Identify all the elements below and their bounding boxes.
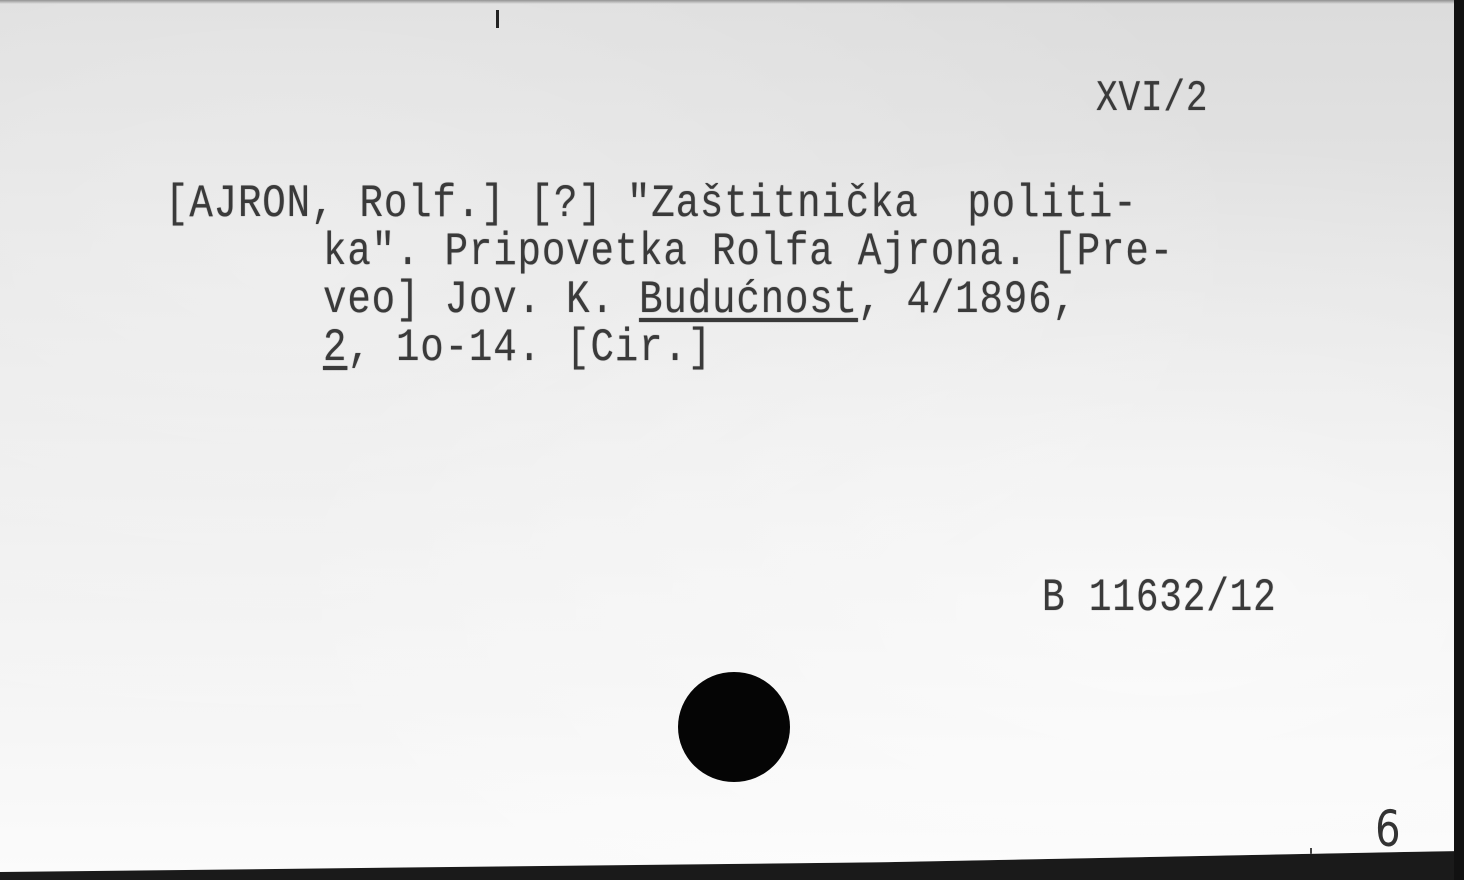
entry-text: ka". Pripovetka Rolfa Ajrona. [Pre-: [323, 226, 1174, 278]
entry-text: , 1o-14. [Cir.]: [347, 322, 712, 374]
entry-text: veo] Jov. K.: [323, 274, 639, 326]
journal-title: Budućnost: [639, 274, 858, 326]
issue-number: 2: [323, 322, 347, 374]
entry-line-1: [AJRON, Rolf.] [?] "Zaštitnička politi-: [165, 178, 1138, 230]
scan-border: [1454, 0, 1464, 880]
entry-text: [AJRON, Rolf.] [?] "Zaštitnička politi-: [165, 178, 1138, 230]
entry-line-3: veo] Jov. K. Budućnost, 4/1896,: [323, 274, 1077, 326]
scan-edge-shadow: [0, 0, 1454, 4]
entry-line-2: ka". Pripovetka Rolfa Ajrona. [Pre-: [323, 226, 1174, 278]
call-number: B 11632/12: [1042, 572, 1277, 624]
entry-text: , 4/1896,: [858, 274, 1077, 326]
handwritten-note: 6: [1375, 800, 1400, 858]
entry-line-4: 2, 1o-14. [Cir.]: [323, 322, 712, 374]
scratch-mark: [496, 10, 499, 28]
shelfmark: XVI/2: [1096, 74, 1208, 124]
scratch-mark: [1310, 848, 1312, 866]
punch-hole: [678, 672, 790, 782]
catalog-card: XVI/2 [AJRON, Rolf.] [?] "Zaštitnička po…: [0, 0, 1454, 872]
